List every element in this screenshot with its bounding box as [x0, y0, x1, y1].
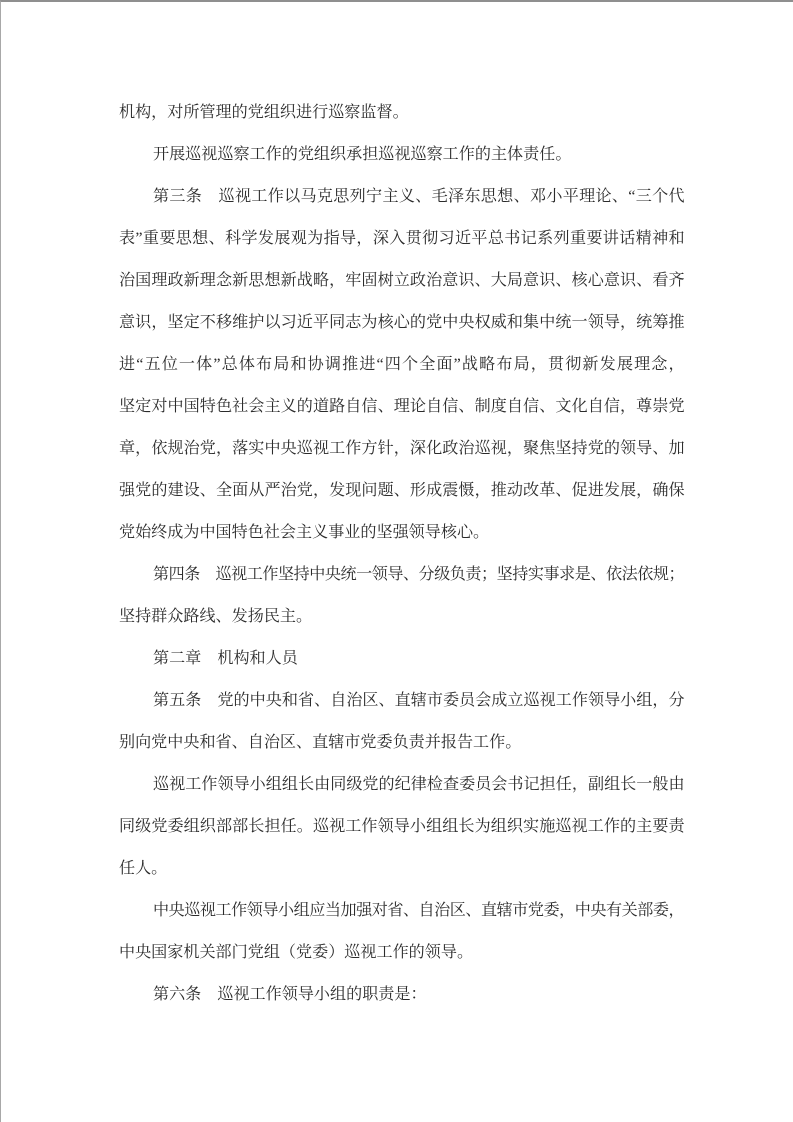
text-line: 意识，坚定不移维护以习近平同志为核心的党中央权威和集中统一领导，统筹推	[119, 302, 684, 344]
text-line: 第三条 巡视工作以马克思列宁主义、毛泽东思想、邓小平理论、“三个代	[119, 176, 684, 218]
continuation-paragraph: 机构，对所管理的党组织进行巡察监督。	[119, 92, 684, 134]
text-line: 中央巡视工作领导小组应当加强对省、自治区、直辖市党委，中央有关部委，	[119, 890, 684, 932]
body-paragraph: 开展巡视巡察工作的党组织承担巡视巡察工作的主体责任。	[119, 134, 684, 176]
body-paragraph: 巡视工作领导小组组长由同级党的纪律检查委员会书记担任，副组长一般由同级党委组织部…	[119, 764, 684, 890]
document-body: 机构，对所管理的党组织进行巡察监督。开展巡视巡察工作的党组织承担巡视巡察工作的主…	[119, 92, 684, 1016]
text-line: 中央国家机关部门党组（党委）巡视工作的领导。	[119, 932, 684, 974]
text-line: 任人。	[119, 848, 684, 890]
text-line: 第五条 党的中央和省、自治区、直辖市委员会成立巡视工作领导小组，分	[119, 680, 684, 722]
document-page: 机构，对所管理的党组织进行巡察监督。开展巡视巡察工作的党组织承担巡视巡察工作的主…	[0, 0, 793, 1122]
article-paragraph-6: 第六条 巡视工作领导小组的职责是：	[119, 974, 684, 1016]
text-line: 开展巡视巡察工作的党组织承担巡视巡察工作的主体责任。	[119, 134, 684, 176]
chapter-heading: 第二章 机构和人员	[119, 638, 684, 680]
body-paragraph: 中央巡视工作领导小组应当加强对省、自治区、直辖市党委，中央有关部委，中央国家机关…	[119, 890, 684, 974]
article-paragraph-5: 第五条 党的中央和省、自治区、直辖市委员会成立巡视工作领导小组，分别向党中央和省…	[119, 680, 684, 764]
text-line: 第四条 巡视工作坚持中央统一领导、分级负责；坚持实事求是、依法依规；	[119, 554, 684, 596]
text-line: 机构，对所管理的党组织进行巡察监督。	[119, 92, 684, 134]
text-line: 表”重要思想、科学发展观为指导，深入贯彻习近平总书记系列重要讲话精神和	[119, 218, 684, 260]
text-line: 第六条 巡视工作领导小组的职责是：	[119, 974, 684, 1016]
text-line: 强党的建设、全面从严治党，发现问题、形成震慑，推动改革、促进发展，确保	[119, 470, 684, 512]
article-paragraph-3: 第三条 巡视工作以马克思列宁主义、毛泽东思想、邓小平理论、“三个代表”重要思想、…	[119, 176, 684, 554]
text-line: 治国理政新理念新思想新战略，牢固树立政治意识、大局意识、核心意识、看齐	[119, 260, 684, 302]
text-line: 坚持群众路线、发扬民主。	[119, 596, 684, 638]
text-line: 巡视工作领导小组组长由同级党的纪律检查委员会书记担任，副组长一般由	[119, 764, 684, 806]
text-line: 别向党中央和省、自治区、直辖市党委负责并报告工作。	[119, 722, 684, 764]
text-line: 同级党委组织部部长担任。巡视工作领导小组组长为组织实施巡视工作的主要责	[119, 806, 684, 848]
text-line: 党始终成为中国特色社会主义事业的坚强领导核心。	[119, 512, 684, 554]
text-line: 进“五位一体”总体布局和协调推进“四个全面”战略布局，贯彻新发展理念，	[119, 344, 684, 386]
text-line: 第二章 机构和人员	[119, 638, 684, 680]
text-line: 坚定对中国特色社会主义的道路自信、理论自信、制度自信、文化自信，尊崇党	[119, 386, 684, 428]
article-paragraph-4: 第四条 巡视工作坚持中央统一领导、分级负责；坚持实事求是、依法依规；坚持群众路线…	[119, 554, 684, 638]
text-line: 章，依规治党，落实中央巡视工作方针，深化政治巡视，聚焦坚持党的领导、加	[119, 428, 684, 470]
